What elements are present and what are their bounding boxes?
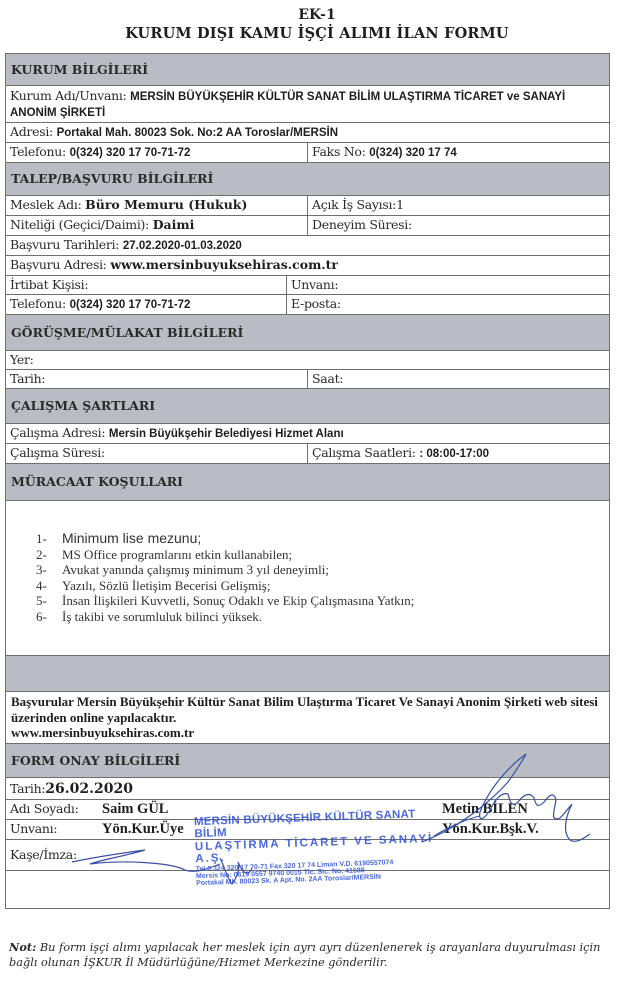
openings-cell: Açık İş Sayısı:1	[307, 196, 609, 215]
contact-email-label: E-posta:	[291, 296, 341, 311]
contact-person-label: İrtibat Kişisi:	[10, 277, 88, 292]
contact-row: İrtibat Kişisi: Unvanı:	[6, 275, 609, 294]
work-duration-label: Çalışma Süresi:	[10, 445, 105, 460]
approval-date-row: Tarih:26.02.2020	[6, 777, 609, 799]
interview-date-label: Tarih:	[10, 371, 45, 386]
application-dates-value: 27.02.2020-01.03.2020	[123, 240, 242, 252]
institution-name-row: Kurum Adı/Unvanı: MERSİN BÜYÜKŞEHİR KÜLT…	[6, 85, 609, 122]
condition-text: Minimum lise mezunu;	[62, 530, 201, 546]
contact-person-cell: İrtibat Kişisi:	[6, 276, 286, 294]
approver1-title: Yön.Kur.Üye	[102, 821, 184, 837]
institution-fax-label: Faks No:	[312, 144, 369, 159]
condition-text: Avukat yanında çalışmış minimum 3 yıl de…	[62, 562, 329, 577]
interview-datetime-row: Tarih: Saat:	[6, 369, 609, 388]
application-address-link[interactable]: www.mersinbuyuksehiras.com.tr	[110, 257, 338, 272]
condition-text: MS Office programlarını etkin kullanabil…	[62, 547, 292, 562]
approval-title-label: Unvanı:	[10, 821, 102, 837]
stamp-signature-label: Kaşe/İmza:	[10, 847, 77, 862]
institution-fax-value: 0(324) 320 17 74	[369, 147, 457, 159]
work-hours-cell: Çalışma Saatleri: : 08:00-17:00	[307, 444, 609, 463]
conditions-box: 1-Minimum lise mezunu;2-MS Office progra…	[6, 500, 609, 655]
form-table: KURUM BİLGİLERİ Kurum Adı/Unvanı: MERSİN…	[5, 53, 610, 909]
approval-titles-row: Unvanı:Yön.Kur.Üye Yön.Kur.Bşk.V.	[6, 819, 609, 839]
approver2-name: Metin BİLEN	[442, 801, 528, 817]
contact-phone-value: 0(324) 320 17 70-71-72	[70, 299, 191, 311]
form-title: KURUM DIŞI KAMU İŞÇİ ALIMI İLAN FORMU	[0, 25, 634, 42]
approval-date-label: Tarih:	[10, 781, 45, 796]
institution-fax-cell: Faks No: 0(324) 320 17 74	[307, 143, 609, 162]
conditions-list: 1-Minimum lise mezunu;2-MS Office progra…	[36, 531, 414, 624]
job-label: Meslek Adı:	[10, 197, 85, 212]
type-value: Daimi	[153, 217, 195, 232]
section-header-gorusme: GÖRÜŞME/MÜLAKAT BİLGİLERİ	[6, 314, 609, 350]
approval-name-label: Adı Soyadı:	[10, 801, 102, 817]
interview-time-label: Saat:	[312, 371, 343, 386]
condition-number: 1-	[36, 531, 62, 547]
openings-value: 1	[396, 197, 404, 212]
experience-cell: Deneyim Süresi:	[307, 216, 609, 235]
job-value: Büro Memuru (Hukuk)	[85, 197, 247, 212]
work-duration-cell: Çalışma Süresi:	[6, 444, 307, 463]
experience-label: Deneyim Süresi:	[312, 217, 412, 232]
condition-item: 5-İnsan İlişkileri Kuvvetli, Sonuç Odakl…	[36, 593, 414, 609]
approver2-title: Yön.Kur.Bşk.V.	[442, 821, 539, 837]
interview-place-label: Yer:	[10, 352, 34, 367]
condition-text: İnsan İlişkileri Kuvvetli, Sonuç Odaklı …	[62, 593, 414, 608]
institution-name-label: Kurum Adı/Unvanı:	[10, 88, 130, 103]
application-address-label: Başvuru Adresi:	[10, 257, 110, 272]
interview-place-row: Yer:	[6, 350, 609, 369]
institution-phone-cell: Telefonu: 0(324) 320 17 70-71-72	[6, 143, 307, 162]
institution-address-row: Adresi: Portakal Mah. 80023 Sok. No:2 AA…	[6, 122, 609, 142]
openings-label: Açık İş Sayısı:	[312, 197, 396, 212]
contact-email-cell: E-posta:	[286, 295, 609, 314]
footer-note-label: Not:	[9, 940, 36, 954]
institution-address-label: Adresi:	[10, 124, 57, 139]
condition-number: 2-	[36, 547, 62, 563]
applications-note-text: Başvurular Mersin Büyükşehir Kültür Sana…	[11, 694, 604, 725]
footer-note-text: Bu form işçi alımı yapılacak her meslek …	[9, 941, 600, 969]
section-header-onay: FORM ONAY BİLGİLERİ	[6, 743, 609, 777]
institution-phone-label: Telefonu:	[10, 144, 70, 159]
condition-item: 1-Minimum lise mezunu;	[36, 531, 414, 547]
work-address-row: Çalışma Adresi: Mersin Büyükşehir Beledi…	[6, 423, 609, 443]
work-address-label: Çalışma Adresi:	[10, 425, 109, 440]
condition-number: 4-	[36, 578, 62, 594]
application-dates-label: Başvuru Tarihleri:	[10, 237, 123, 252]
condition-number: 6-	[36, 609, 62, 625]
institution-phone-fax-row: Telefonu: 0(324) 320 17 70-71-72 Faks No…	[6, 142, 609, 162]
applications-note-row: Başvurular Mersin Büyükşehir Kültür Sana…	[6, 691, 609, 743]
condition-number: 5-	[36, 593, 62, 609]
blank-bottom-row	[6, 870, 609, 908]
annex-label: EK-1	[0, 7, 634, 23]
interview-time-cell: Saat:	[307, 370, 609, 388]
work-hours-label: Çalışma Saatleri:	[312, 445, 419, 460]
work-hours-value: : 08:00-17:00	[419, 448, 489, 460]
footer-note: Not: Bu form işçi alımı yapılacak her me…	[9, 940, 629, 970]
type-row: Niteliği (Geçici/Daimi): Daimi Deneyim S…	[6, 215, 609, 235]
section-header-kurum: KURUM BİLGİLERİ	[6, 54, 609, 85]
job-cell: Meslek Adı: Büro Memuru (Hukuk)	[6, 196, 307, 215]
institution-phone-value: 0(324) 320 17 70-71-72	[70, 147, 191, 159]
condition-number: 3-	[36, 562, 62, 578]
application-address-row: Başvuru Adresi: www.mersinbuyuksehiras.c…	[6, 255, 609, 275]
stamp-signature-row: Kaşe/İmza:	[6, 839, 609, 870]
section-header-calisma: ÇALIŞMA ŞARTLARI	[6, 388, 609, 423]
condition-item: 4-Yazılı, Sözlü İletişim Becerisi Gelişm…	[36, 578, 414, 594]
contact-title-label: Unvanı:	[291, 277, 338, 292]
section-header-blank	[6, 655, 609, 691]
approver1-name: Saim GÜL	[102, 801, 168, 817]
work-duration-hours-row: Çalışma Süresi: Çalışma Saatleri: : 08:0…	[6, 443, 609, 463]
contact-title-cell: Unvanı:	[286, 276, 609, 294]
condition-item: 2-MS Office programlarını etkin kullanab…	[36, 547, 414, 563]
section-header-muracaat: MÜRACAAT KOŞULLARI	[6, 463, 609, 500]
institution-address-value: Portakal Mah. 80023 Sok. No:2 AA Torosla…	[57, 127, 338, 139]
approval-names-row: Adı Soyadı:Saim GÜL Metin BİLEN	[6, 799, 609, 819]
job-row: Meslek Adı: Büro Memuru (Hukuk) Açık İş …	[6, 195, 609, 215]
contact-phone-cell: Telefonu: 0(324) 320 17 70-71-72	[6, 295, 286, 314]
condition-item: 6-İş takibi ve sorumluluk bilinci yüksek…	[36, 609, 414, 625]
condition-item: 3-Avukat yanında çalışmış minimum 3 yıl …	[36, 562, 414, 578]
work-address-value: Mersin Büyükşehir Belediyesi Hizmet Alan…	[109, 428, 344, 440]
contact-phone-row: Telefonu: 0(324) 320 17 70-71-72 E-posta…	[6, 294, 609, 314]
type-label: Niteliği (Geçici/Daimi):	[10, 217, 153, 232]
interview-date-cell: Tarih:	[6, 370, 307, 388]
section-header-talep: TALEP/BAŞVURU BİLGİLERİ	[6, 162, 609, 195]
condition-text: İş takibi ve sorumluluk bilinci yüksek.	[62, 609, 262, 624]
condition-text: Yazılı, Sözlü İletişim Becerisi Gelişmiş…	[62, 578, 270, 593]
approval-date-value: 26.02.2020	[45, 781, 133, 797]
contact-phone-label: Telefonu:	[10, 296, 70, 311]
applications-url-link[interactable]: www.mersinbuyuksehiras.com.tr	[11, 725, 604, 741]
type-cell: Niteliği (Geçici/Daimi): Daimi	[6, 216, 307, 235]
application-dates-row: Başvuru Tarihleri: 27.02.2020-01.03.2020	[6, 235, 609, 255]
